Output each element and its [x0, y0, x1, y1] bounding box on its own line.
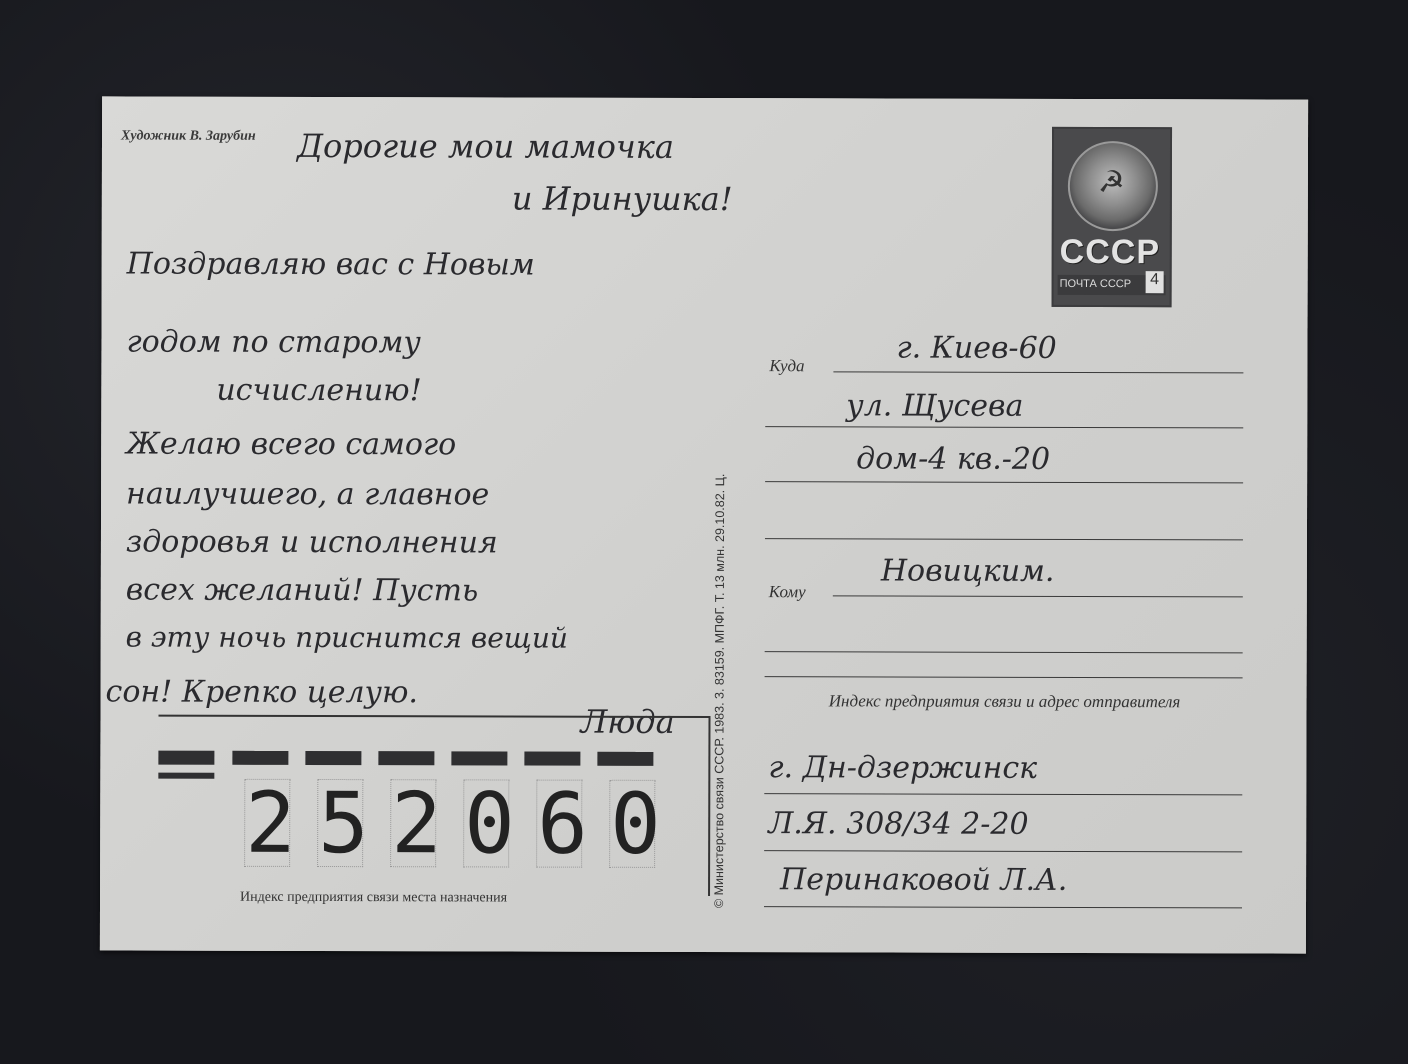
recipient-label: Кому — [769, 582, 806, 602]
message-line: Дорогие мои мамочка — [297, 127, 674, 166]
index-digit: 5 — [317, 779, 363, 867]
message-line: сон! Крепко целую. — [106, 674, 418, 710]
address-line — [833, 371, 1243, 373]
stamp-country: СССР — [1060, 233, 1160, 272]
to-label: Куда — [769, 356, 804, 376]
hammer-and-sickle-emblem-icon: ☭ — [1068, 141, 1158, 231]
message-line: годом по старому — [126, 324, 420, 360]
address-line — [764, 850, 1242, 852]
index-digit: 2 — [244, 779, 290, 867]
index-digit: 2 — [390, 779, 436, 867]
index-caption: Индекс предприятия связи места назначени… — [240, 890, 507, 907]
sender-line: Перинаковой Л.А. — [780, 862, 1067, 898]
index-digit: 0 — [609, 780, 655, 868]
recipient-name: Новицким. — [881, 553, 1055, 588]
vertical-divider — [708, 716, 710, 896]
address-street: ул. Щусева — [846, 388, 1023, 423]
stamp-denomination: 4 — [1146, 271, 1164, 293]
artist-credit: Художник В. Зарубин — [121, 128, 256, 144]
address-house: дом-4 кв.-20 — [856, 441, 1050, 477]
address-line — [765, 481, 1243, 483]
sender-line: Л.Я. 308/34 2-20 — [768, 806, 1028, 842]
address-line — [764, 906, 1242, 908]
message-line: Желаю всего самого — [126, 426, 456, 462]
stamp-label: ПОЧТА СССР — [1060, 278, 1132, 290]
message-line: здоровья и исполнения — [126, 524, 498, 560]
message-line: и Иринушка! — [512, 179, 733, 218]
address-city: г. Киев-60 — [896, 331, 1056, 366]
postcard: Художник В. Зарубин Дорогие мои мамочка … — [100, 96, 1308, 953]
message-line: в эту ночь приснится вещий — [126, 620, 568, 654]
publisher-imprint: © Министерство связи СССР. 1983. 3. 8315… — [712, 474, 727, 908]
sender-caption: Индекс предприятия связи и адрес отправи… — [765, 690, 1245, 713]
address-line — [765, 538, 1243, 540]
address-line — [765, 426, 1243, 428]
message-line: Поздравляю вас с Новым — [127, 246, 535, 282]
sender-line: г. Дн-дзержинск — [768, 750, 1037, 786]
signature: Люда — [580, 703, 674, 741]
address-line — [765, 651, 1243, 653]
address-line — [764, 793, 1242, 795]
message-line: всех желаний! Пусть — [126, 572, 479, 608]
message-line: исчислению! — [216, 373, 421, 409]
index-digit: 6 — [536, 780, 582, 868]
index-digit: 0 — [463, 779, 509, 867]
address-line — [833, 595, 1243, 597]
address-line — [765, 676, 1243, 678]
message-line: наилучшего, а главное — [126, 476, 489, 512]
postage-stamp: ☭ СССР ПОЧТА СССР 4 — [1052, 127, 1172, 307]
index-box-top-line — [158, 715, 710, 718]
